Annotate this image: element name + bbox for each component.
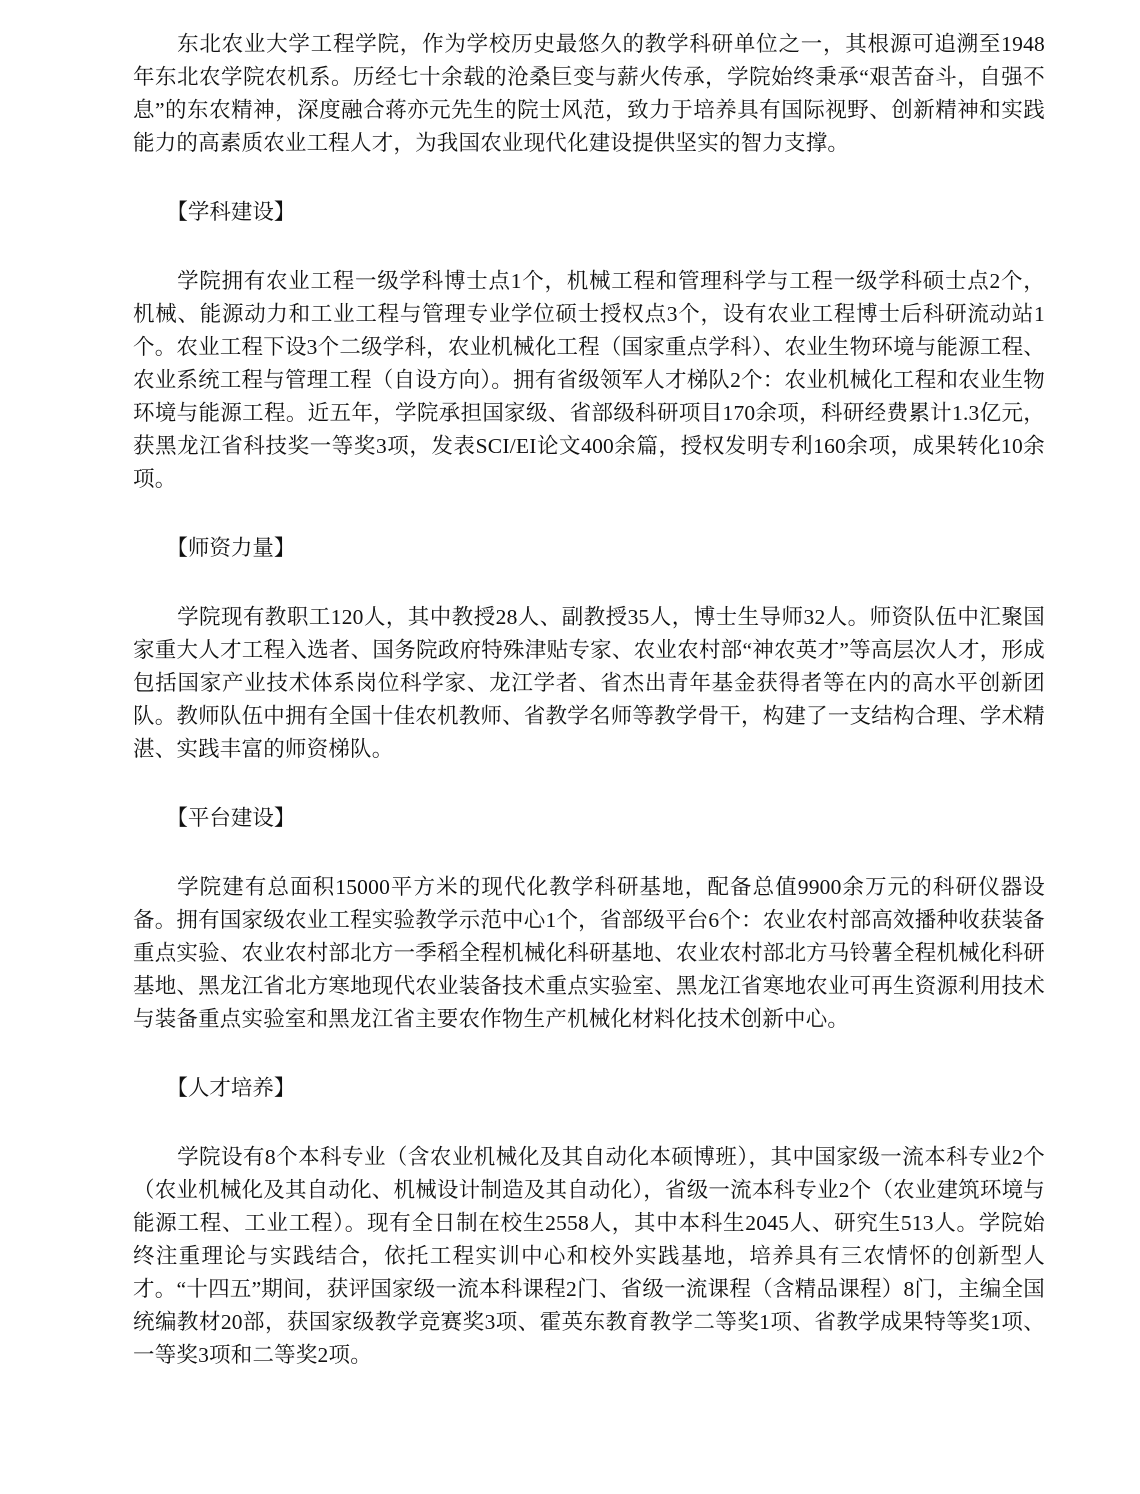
- section-heading-discipline: 【学科建设】: [133, 196, 1045, 229]
- spacer: [133, 496, 1045, 532]
- section-heading-faculty: 【师资力量】: [133, 532, 1045, 565]
- spacer: [133, 835, 1045, 871]
- spacer: [133, 766, 1045, 802]
- section-heading-talent: 【人才培养】: [133, 1072, 1045, 1105]
- section-body-discipline: 学院拥有农业工程一级学科博士点1个，机械工程和管理科学与工程一级学科硕士点2个，…: [133, 265, 1045, 496]
- section-body-platform: 学院建有总面积15000平方米的现代化教学科研基地，配备总值9900余万元的科研…: [133, 871, 1045, 1036]
- spacer: [133, 160, 1045, 196]
- spacer: [133, 565, 1045, 601]
- spacer: [133, 1036, 1045, 1072]
- section-heading-platform: 【平台建设】: [133, 802, 1045, 835]
- spacer: [133, 1105, 1045, 1141]
- document-page: 东北农业大学工程学院，作为学校历史最悠久的教学科研单位之一，其根源可追溯至194…: [133, 28, 1045, 1372]
- intro-paragraph: 东北农业大学工程学院，作为学校历史最悠久的教学科研单位之一，其根源可追溯至194…: [133, 28, 1045, 160]
- section-body-faculty: 学院现有教职工120人，其中教授28人、副教授35人，博士生导师32人。师资队伍…: [133, 601, 1045, 766]
- spacer: [133, 229, 1045, 265]
- section-body-talent: 学院设有8个本科专业（含农业机械化及其自动化本硕博班），其中国家级一流本科专业2…: [133, 1141, 1045, 1372]
